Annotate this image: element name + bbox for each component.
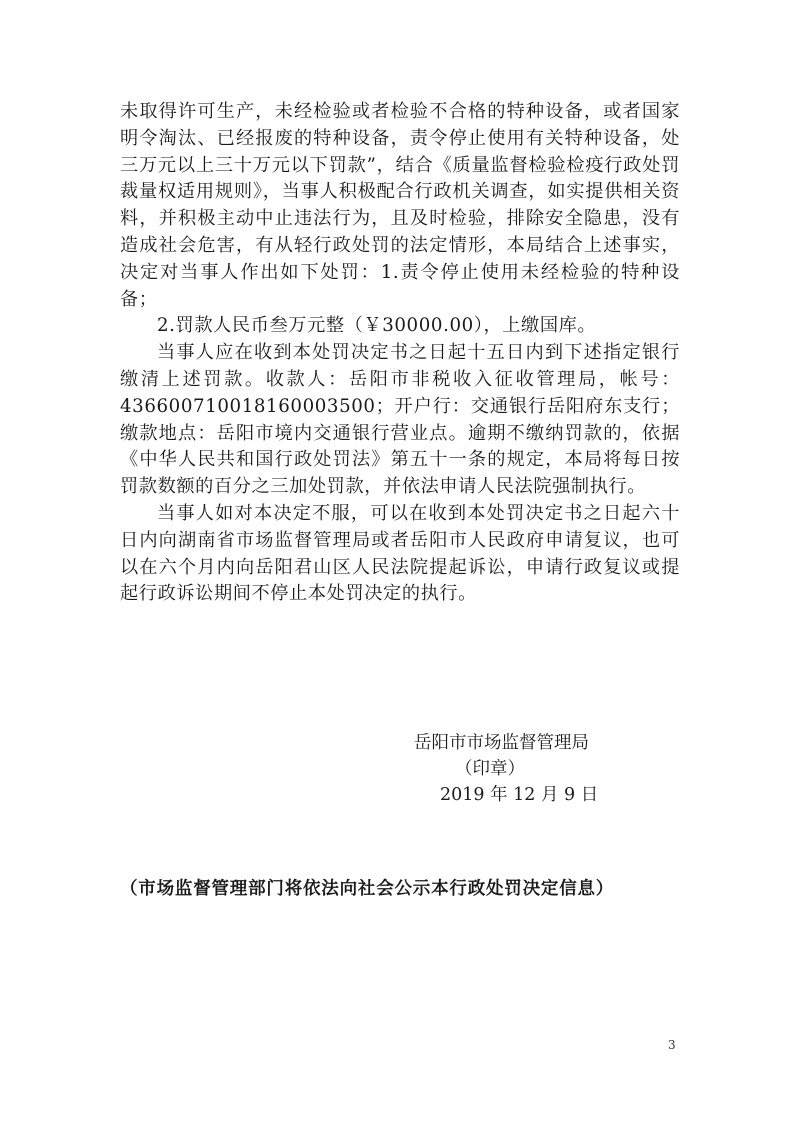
page-number: 3 [668,1038,676,1052]
paragraph-payment-instructions: 当事人应在收到本处罚决定书之日起十五日内到下述指定银行缴清上述罚款。收款人：岳阳… [120,340,680,501]
issuing-organization: 岳阳市市场监督管理局 [414,730,654,756]
paragraph-penalty-basis: 未取得许可生产，未经检验或者检验不合格的特种设备，或者国家明令淘汰、已经报废的特… [120,99,680,313]
signature-block: 岳阳市市场监督管理局 （印章） 2019 年 12 月 9 日 [414,730,654,808]
paragraph-fine-amount: 2.罚款人民币叁万元整（￥30000.00），上缴国库。 [120,313,680,340]
publication-notice: （市场监督管理部门将依法向社会公示本行政处罚决定信息） [120,875,614,900]
document-page: 未取得许可生产，未经检验或者检验不合格的特种设备，或者国家明令淘汰、已经报废的特… [0,0,793,1122]
paragraph-appeal-rights: 当事人如对本决定不服，可以在收到本处罚决定书之日起六十日内向湖南省市场监督管理局… [120,501,680,608]
seal-placeholder: （印章） [414,756,654,782]
document-body: 未取得许可生产，未经检验或者检验不合格的特种设备，或者国家明令淘汰、已经报废的特… [120,99,680,608]
issue-date: 2019 年 12 月 9 日 [414,782,654,808]
